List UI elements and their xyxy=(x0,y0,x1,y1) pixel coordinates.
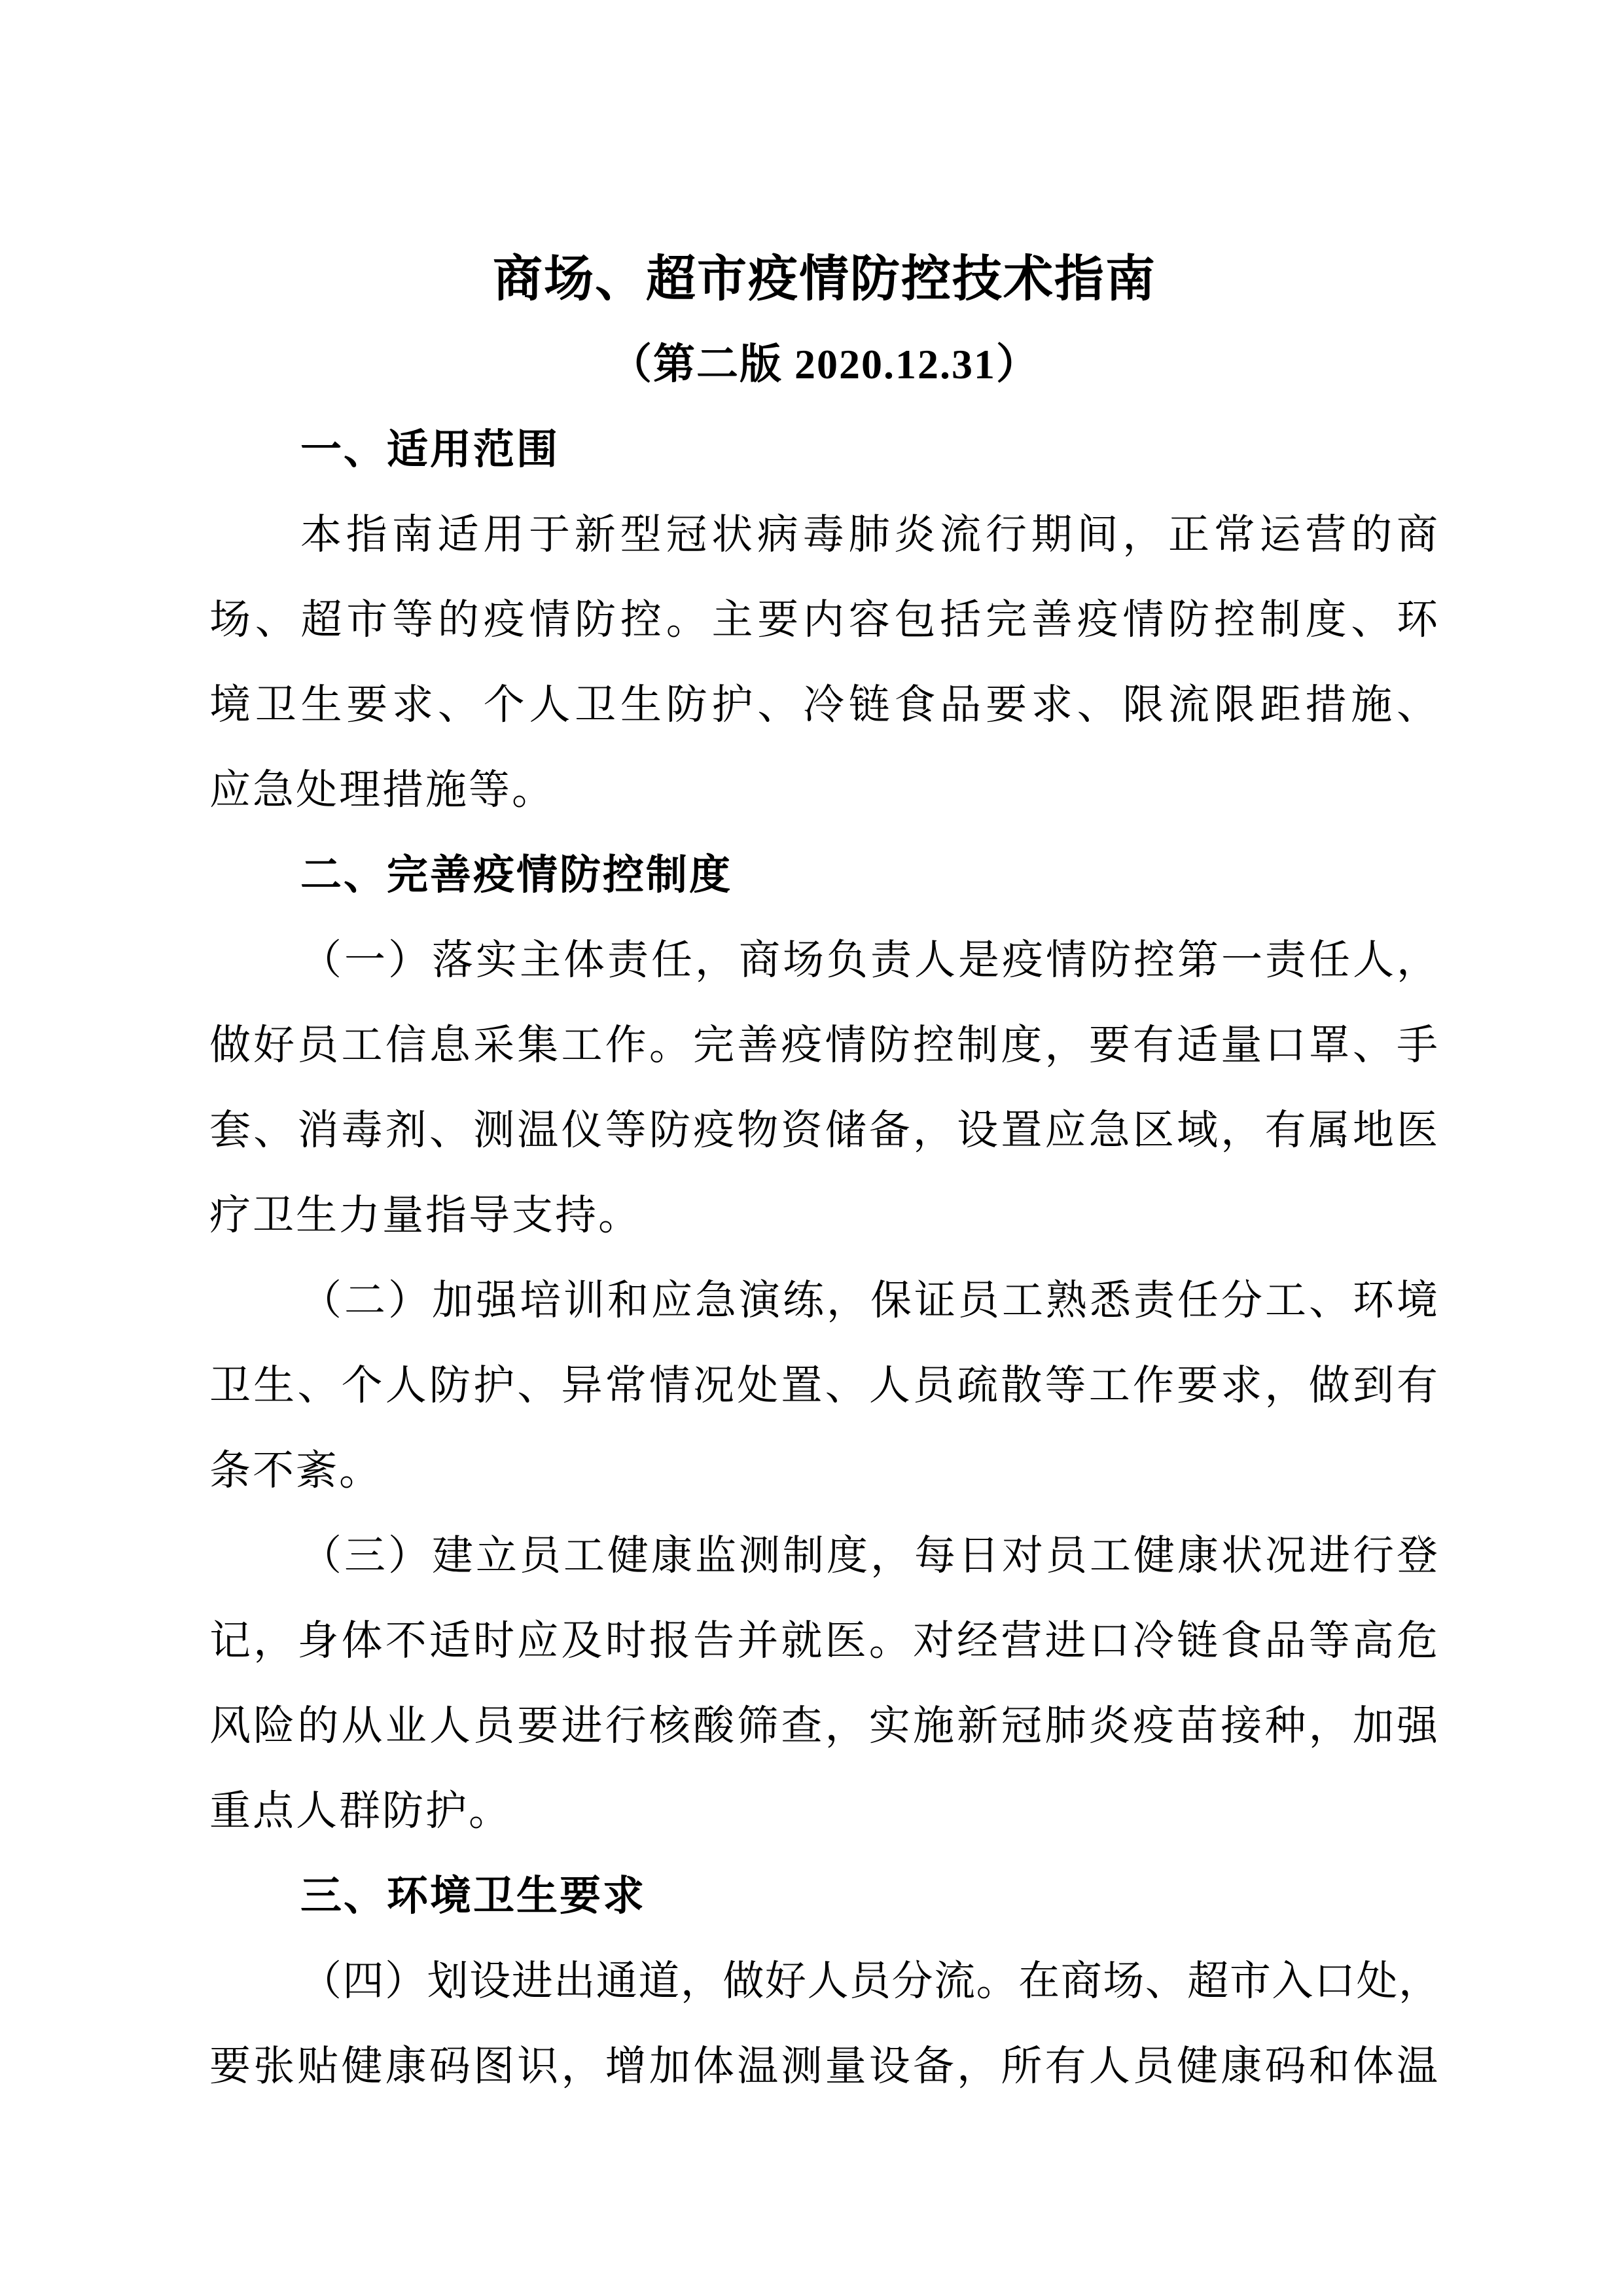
paragraph-line: 本指南适用于新型冠状病毒肺炎流行期间，正常运营的商 xyxy=(209,492,1440,577)
paragraph-line: （四）划设进出通道，做好人员分流。在商场、超市入口处， xyxy=(209,1939,1440,2024)
section-heading-1: 一、适用范围 xyxy=(209,407,1440,492)
paragraph-line: 重点人群防护。 xyxy=(209,1768,1440,1854)
paragraph-line: 卫生、个人防护、异常情况处置、人员疏散等工作要求，做到有 xyxy=(209,1343,1440,1428)
paragraph-line: 疗卫生力量指导支持。 xyxy=(209,1173,1440,1258)
doc-subtitle: （第二版 2020.12.31） xyxy=(209,322,1440,407)
paragraph-line: 场、超市等的疫情防控。主要内容包括完善疫情防控制度、环 xyxy=(209,577,1440,662)
paragraph-line: 记，身体不适时应及时报告并就医。对经营进口冷链食品等高危 xyxy=(209,1598,1440,1683)
paragraph-line: 应急处理措施等。 xyxy=(209,747,1440,833)
paragraph-line: 套、消毒剂、测温仪等防疫物资储备，设置应急区域，有属地医 xyxy=(209,1088,1440,1173)
section-heading-2: 二、完善疫情防控制度 xyxy=(209,833,1440,918)
paragraph-line: 要张贴健康码图识，增加体温测量设备，所有人员健康码和体温 xyxy=(209,2024,1440,2109)
paragraph-line: 条不紊。 xyxy=(209,1428,1440,1513)
paragraph-line: 做好员工信息采集工作。完善疫情防控制度，要有适量口罩、手 xyxy=(209,1003,1440,1088)
paragraph-line: 风险的从业人员要进行核酸筛查，实施新冠肺炎疫苗接种，加强 xyxy=(209,1683,1440,1768)
paragraph-line: （二）加强培训和应急演练，保证员工熟悉责任分工、环境 xyxy=(209,1258,1440,1343)
paragraph-line: 境卫生要求、个人卫生防护、冷链食品要求、限流限距措施、 xyxy=(209,662,1440,747)
document-page: 商场、超市疫情防控技术指南 （第二版 2020.12.31） 一、适用范围 本指… xyxy=(0,0,1623,2296)
document-text-block: 商场、超市疫情防控技术指南 （第二版 2020.12.31） 一、适用范围 本指… xyxy=(209,237,1440,2109)
doc-title: 商场、超市疫情防控技术指南 xyxy=(209,237,1440,322)
paragraph-line: （三）建立员工健康监测制度，每日对员工健康状况进行登 xyxy=(209,1513,1440,1598)
paragraph-line: （一）落实主体责任，商场负责人是疫情防控第一责任人， xyxy=(209,918,1440,1003)
section-heading-3: 三、环境卫生要求 xyxy=(209,1854,1440,1939)
